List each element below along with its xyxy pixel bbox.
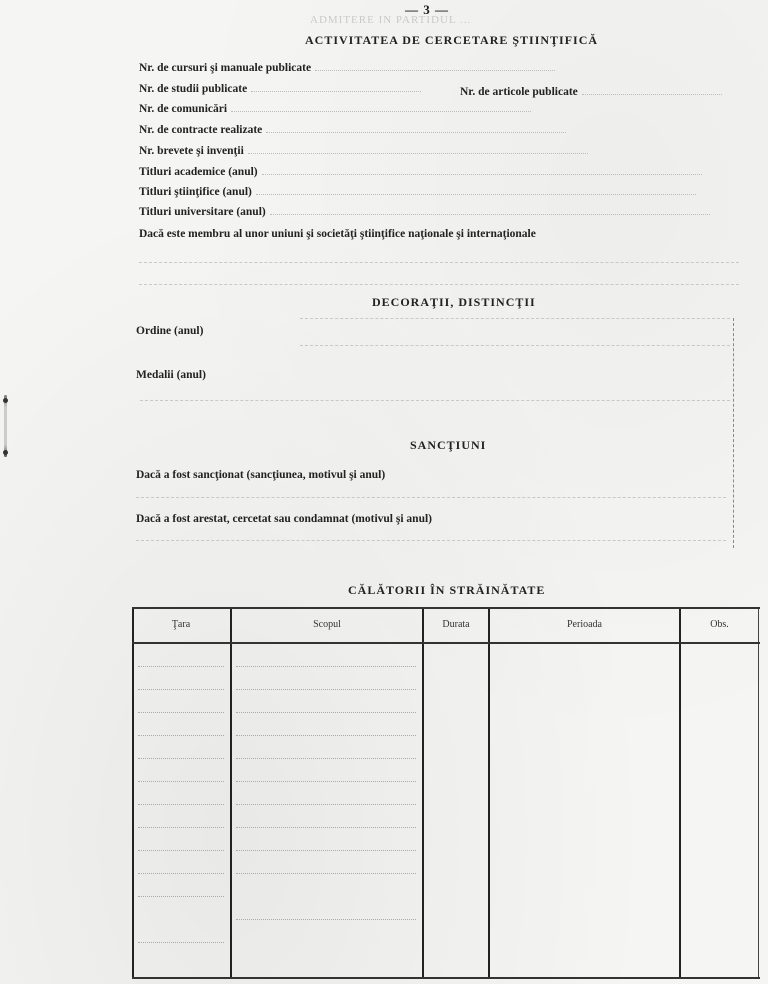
field-studies-published[interactable]: Nr. de studii publicate: [139, 83, 421, 95]
field-orders[interactable]: Ordine (anul): [136, 325, 203, 337]
table-cell[interactable]: [236, 712, 416, 713]
travels-section-title: CĂLĂTORII ÎN STRĂINĂTATE: [348, 583, 545, 598]
scanned-form-page: — 3 — ADMITERE IN PARTIDUL ... ACTIVITAT…: [0, 0, 768, 984]
field-label: Nr. brevete şi invenţii: [139, 145, 244, 157]
table-cell[interactable]: [236, 827, 416, 828]
field-label: Titluri universitare (anul): [139, 206, 266, 218]
field-label: Nr. de contracte realizate: [139, 124, 262, 136]
field-memberships[interactable]: Dacă este membru al unor uniuni şi socie…: [139, 228, 536, 240]
margin-line: [733, 318, 734, 548]
table-cell[interactable]: [138, 712, 224, 713]
bleed-through-text: ADMITERE IN PARTIDUL ...: [310, 14, 471, 26]
field-label: Titluri ştiinţifice (anul): [139, 186, 252, 198]
table-cell[interactable]: [138, 827, 224, 828]
column-header-scopul: Scopul: [232, 619, 422, 630]
field-academic-titles[interactable]: Titluri academice (anul): [139, 166, 702, 178]
table-cell[interactable]: [138, 873, 224, 874]
fill-line[interactable]: [262, 166, 702, 175]
column-divider: [488, 609, 490, 977]
field-label: Nr. de studii publicate: [139, 83, 247, 95]
staple-end-icon: [3, 398, 8, 403]
fill-line[interactable]: [136, 497, 726, 498]
table-cell[interactable]: [236, 758, 416, 759]
field-sanctioned[interactable]: Dacă a fost sancţionat (sancţiunea, moti…: [136, 469, 385, 481]
table-cell[interactable]: [236, 804, 416, 805]
field-label: Nr. de comunicări: [139, 103, 227, 115]
field-label: Titluri academice (anul): [139, 166, 258, 178]
fill-line[interactable]: [266, 124, 566, 133]
column-header-durata: Durata: [424, 619, 488, 630]
table-cell[interactable]: [138, 850, 224, 851]
field-label: Dacă este membru al unor uniuni şi socie…: [139, 228, 536, 240]
table-cell[interactable]: [138, 758, 224, 759]
fill-line[interactable]: [300, 345, 730, 346]
fill-line[interactable]: [140, 400, 730, 401]
field-arrested[interactable]: Dacă a fost arestat, cercetat sau condam…: [136, 513, 432, 525]
column-divider: [422, 609, 424, 977]
table-cell[interactable]: [236, 873, 416, 874]
field-articles-published[interactable]: Nr. de articole publicate: [460, 86, 722, 98]
header-divider: [132, 642, 760, 644]
sanctions-section-title: SANCŢIUNI: [410, 438, 486, 453]
fill-line[interactable]: [248, 145, 588, 154]
fill-line[interactable]: [139, 284, 739, 285]
column-divider: [679, 609, 681, 977]
table-cell[interactable]: [236, 689, 416, 690]
field-medals[interactable]: Medalii (anul): [136, 369, 206, 381]
table-cell[interactable]: [236, 919, 416, 920]
table-cell[interactable]: [236, 781, 416, 782]
fill-line[interactable]: [582, 86, 722, 95]
table-cell[interactable]: [138, 804, 224, 805]
field-label: Nr. de cursuri şi manuale publicate: [139, 62, 311, 74]
fill-line[interactable]: [136, 540, 726, 541]
decorations-section-title: DECORAŢII, DISTINCŢII: [372, 295, 536, 310]
column-header-perioada: Perioada: [490, 619, 679, 630]
field-label: Medalii (anul): [136, 369, 206, 381]
travels-table: Ţara Scopul Durata Perioada Obs.: [132, 607, 760, 979]
field-patents[interactable]: Nr. brevete şi invenţii: [139, 145, 588, 157]
fill-line[interactable]: [256, 186, 696, 195]
fill-line[interactable]: [300, 318, 730, 319]
table-cell[interactable]: [138, 735, 224, 736]
table-cell[interactable]: [138, 689, 224, 690]
table-cell[interactable]: [236, 666, 416, 667]
column-header-tara: Ţara: [132, 619, 230, 630]
table-border-left: [132, 609, 134, 977]
field-communications[interactable]: Nr. de comunicări: [139, 103, 531, 115]
fill-line[interactable]: [139, 262, 739, 263]
field-label: Nr. de articole publicate: [460, 86, 578, 98]
field-contracts[interactable]: Nr. de contracte realizate: [139, 124, 566, 136]
fill-line[interactable]: [315, 62, 555, 71]
field-courses-published[interactable]: Nr. de cursuri şi manuale publicate: [139, 62, 555, 74]
table-cell[interactable]: [138, 896, 224, 897]
field-label: Dacă a fost arestat, cercetat sau condam…: [136, 513, 432, 525]
fill-line[interactable]: [231, 103, 531, 112]
field-label: Ordine (anul): [136, 325, 203, 337]
column-divider: [230, 609, 232, 977]
fill-line[interactable]: [251, 83, 421, 92]
field-label: Dacă a fost sancţionat (sancţiunea, moti…: [136, 469, 385, 481]
staple-end-icon: [3, 450, 8, 455]
staple: [4, 395, 7, 457]
table-cell[interactable]: [138, 942, 224, 943]
table-border-right: [758, 609, 759, 977]
table-cell[interactable]: [138, 666, 224, 667]
fill-line[interactable]: [270, 206, 710, 215]
field-university-titles[interactable]: Titluri universitare (anul): [139, 206, 710, 218]
research-section-title: ACTIVITATEA DE CERCETARE ŞTIINŢIFICĂ: [305, 33, 598, 48]
table-cell[interactable]: [138, 781, 224, 782]
column-header-obs: Obs.: [681, 619, 758, 630]
field-scientific-titles[interactable]: Titluri ştiinţifice (anul): [139, 186, 696, 198]
table-cell[interactable]: [236, 850, 416, 851]
table-cell[interactable]: [236, 735, 416, 736]
